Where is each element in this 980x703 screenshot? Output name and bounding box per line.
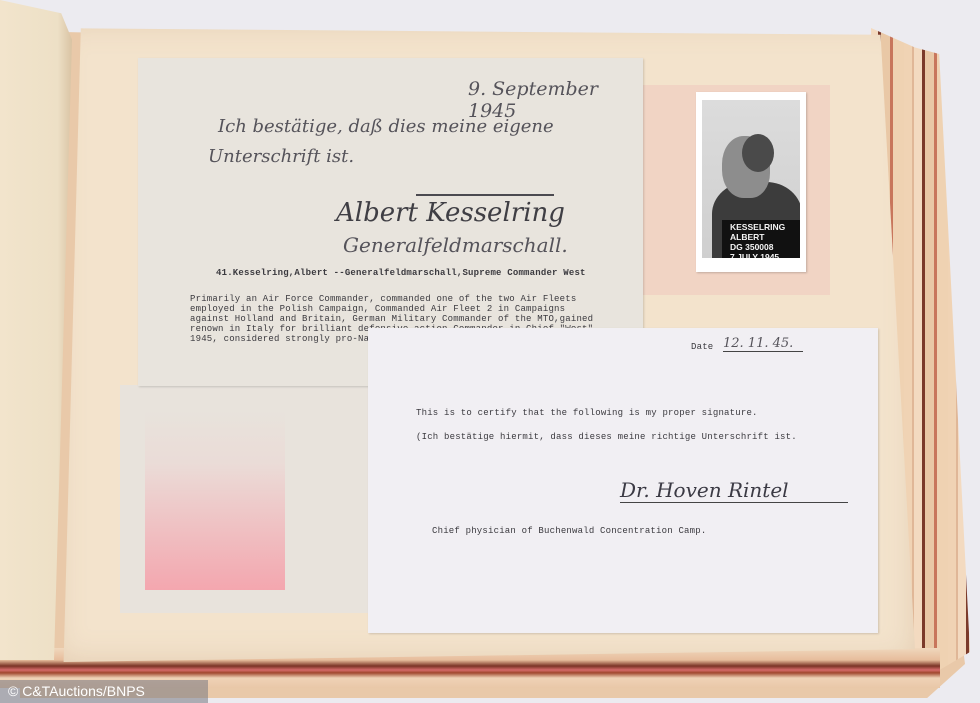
date-label: Date: [691, 342, 713, 352]
rank-handwritten: Generalfeldmarschall.: [343, 233, 568, 257]
bio-line: against Holland and Britain, German Mili…: [190, 314, 593, 324]
date-value: 12. 11. 45.: [723, 336, 803, 352]
bio-line: employed in the Polish Campaign, Command…: [190, 304, 593, 314]
certification-document: Date 12. 11. 45. This is to certify that…: [368, 328, 878, 633]
physician-signature: Dr. Hoven Rintel: [620, 478, 848, 503]
copyright-watermark: © C&TAuctions/BNPS: [0, 680, 208, 703]
plate-line: KESSELRING: [730, 222, 800, 232]
plate-line: ALBERT: [730, 232, 800, 242]
bio-line: Primarily an Air Force Commander, comman…: [190, 294, 593, 304]
photo-image: KESSELRING ALBERT DG 350008 7 JULY 1945: [702, 100, 800, 258]
certify-line-english: This is to certify that the following is…: [416, 408, 758, 418]
certify-line-german: (Ich bestätige hiermit, dass dieses mein…: [416, 432, 797, 442]
signature-stroke: [416, 194, 554, 196]
photo-hair: [742, 134, 774, 172]
kesselring-signature: Albert Kesselring: [336, 198, 565, 228]
mugshot-photo: KESSELRING ALBERT DG 350008 7 JULY 1945: [696, 92, 806, 272]
handwritten-line-2: Unterschrift ist.: [208, 146, 354, 167]
typed-heading: 41.Kesselring,Albert --Generalfeldmarsch…: [216, 268, 586, 278]
physician-title: Chief physician of Buchenwald Concentrat…: [432, 526, 706, 536]
plate-line: DG 350008: [730, 242, 800, 252]
handwritten-line-1: Ich bestätige, daß dies meine eigene: [218, 116, 554, 137]
plate-line: 7 JULY 1945: [730, 252, 800, 258]
pink-stain: [145, 410, 285, 590]
name-plate: KESSELRING ALBERT DG 350008 7 JULY 1945: [722, 220, 800, 258]
